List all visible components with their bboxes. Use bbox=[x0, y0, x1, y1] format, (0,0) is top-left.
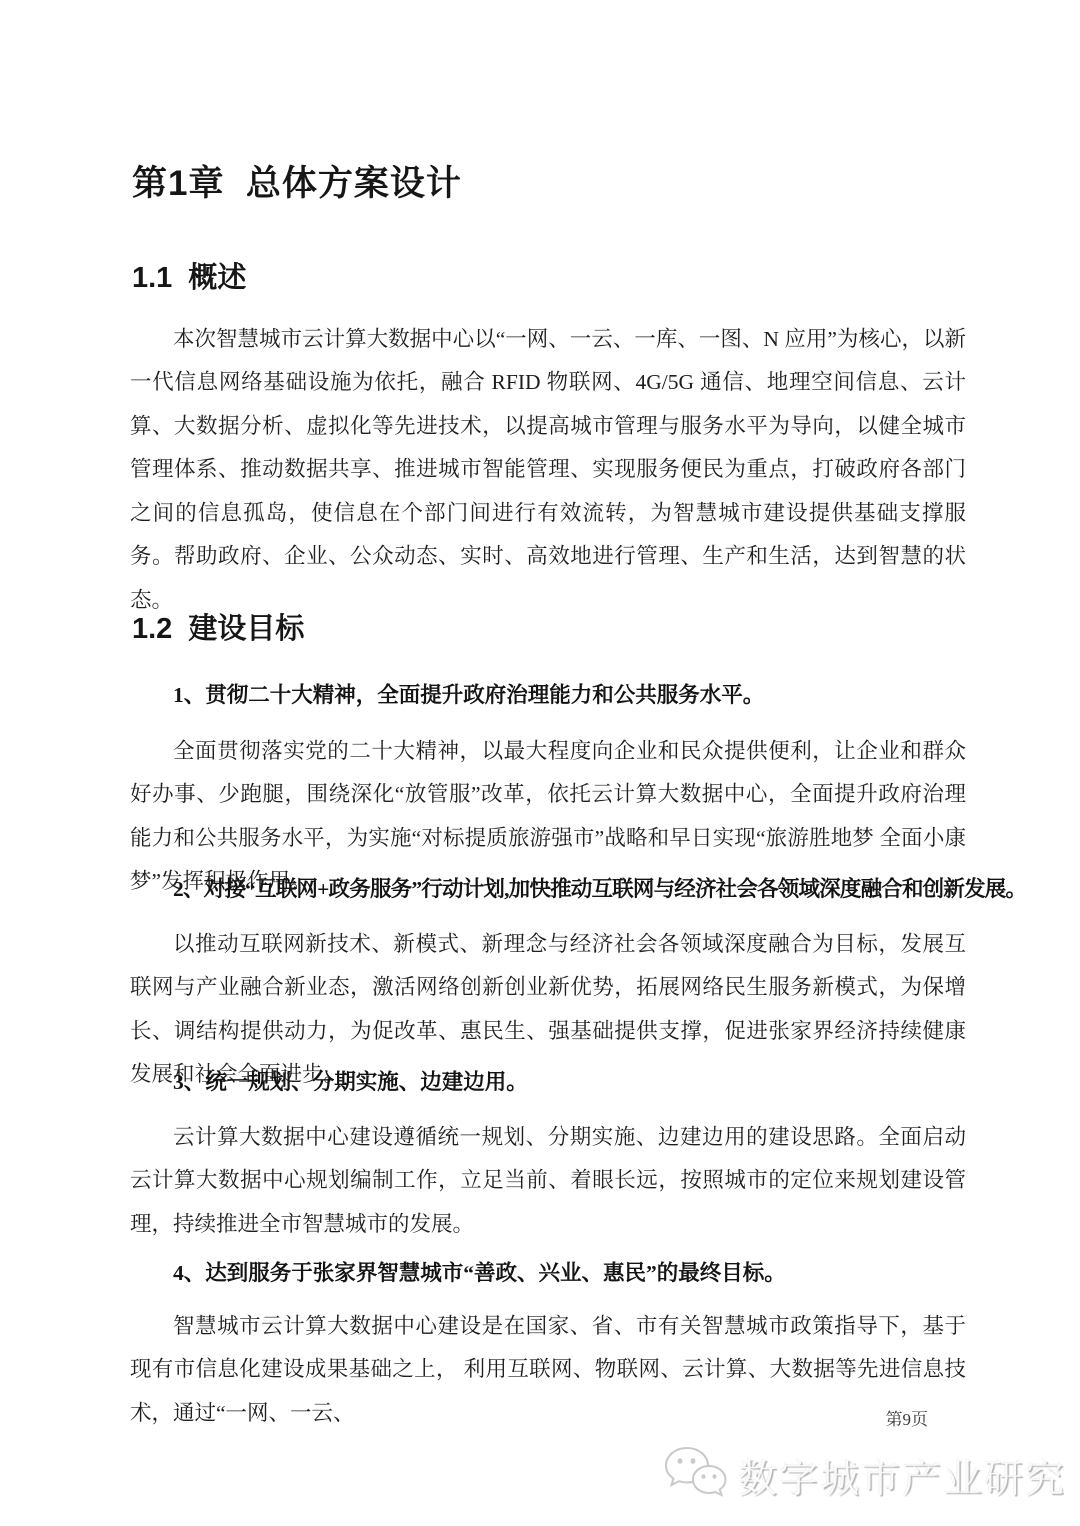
goal-4-body: 智慧城市云计算大数据中心建设是在国家、省、市有关智慧城市政策指导下，基于现有市信… bbox=[130, 1305, 966, 1436]
wechat-icon bbox=[662, 1444, 728, 1507]
page-number: 第9页 bbox=[886, 1405, 929, 1430]
section-heading-1-1: 1.1 概述 bbox=[132, 255, 246, 296]
goal-2-heading: 2、对接“互联网+政务服务”行动计划,加快推动互联网与经济社会各领域深度融合和创… bbox=[130, 876, 1026, 902]
section-heading-1-2: 1.2 建设目标 bbox=[132, 606, 304, 647]
goal-4-heading: 4、达到服务于张家界智慧城市“善政、兴业、惠民”的最终目标。 bbox=[130, 1260, 786, 1286]
chapter-title: 第1章 总体方案设计 bbox=[132, 156, 462, 206]
goal-3-heading: 3、统一规划、分期实施、边建边用。 bbox=[130, 1069, 528, 1095]
goal-1-heading: 1、贯彻二十大精神，全面提升政府治理能力和公共服务水平。 bbox=[130, 682, 764, 708]
watermark: 数字城市产业研究 bbox=[662, 1444, 1066, 1507]
document-page: 第1章 总体方案设计 1.1 概述 本次智慧城市云计算大数据中心以“一网、一云、… bbox=[0, 0, 1080, 1526]
goal-3-body: 云计算大数据中心建设遵循统一规划、分期实施、边建边用的建设思路。全面启动云计算大… bbox=[130, 1116, 966, 1247]
watermark-text: 数字城市产业研究 bbox=[738, 1448, 1066, 1504]
overview-paragraph: 本次智慧城市云计算大数据中心以“一网、一云、一库、一图、N 应用”为核心，以新一… bbox=[130, 318, 966, 623]
